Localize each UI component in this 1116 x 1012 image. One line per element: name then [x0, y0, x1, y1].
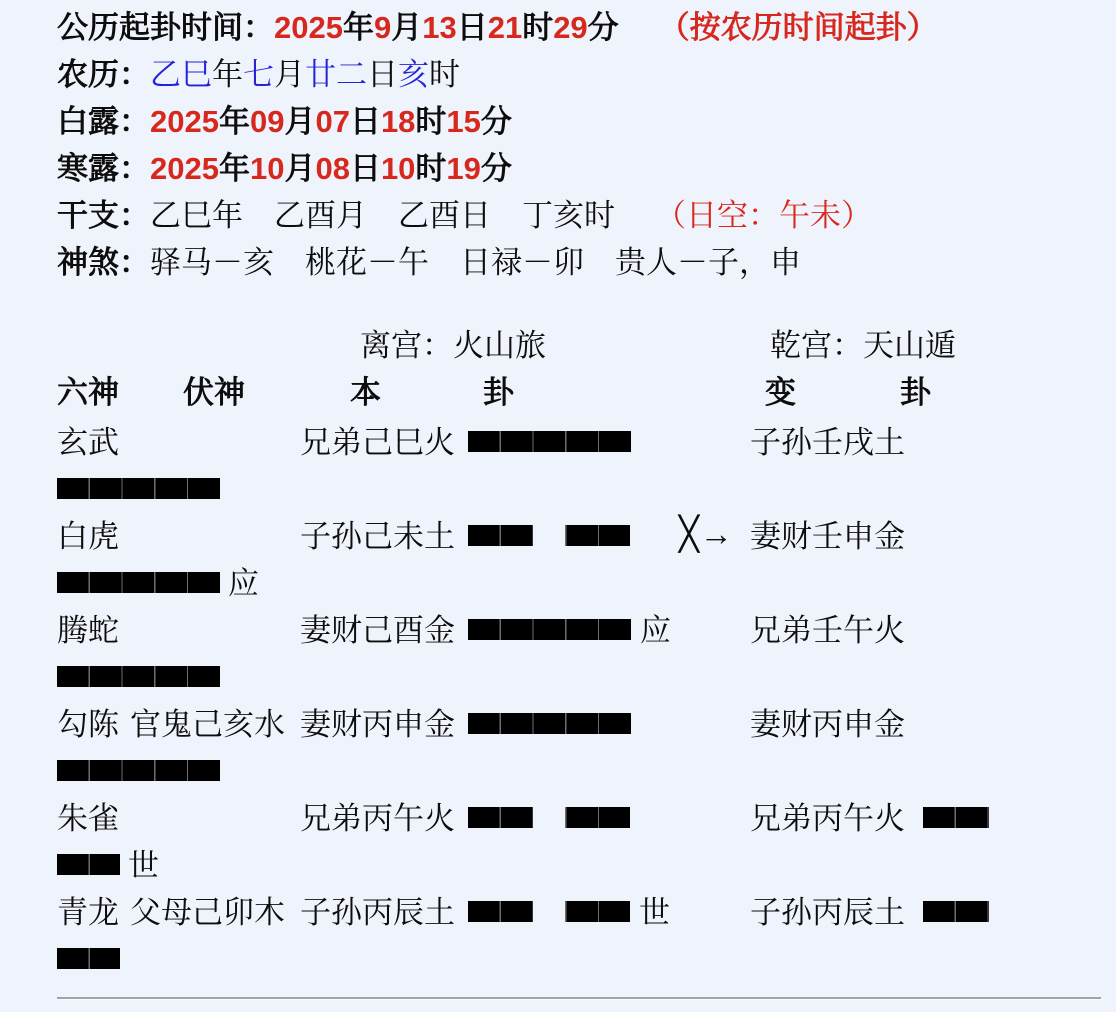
liushen-cell: 白虎 [57, 511, 130, 556]
header-ben: 本 [350, 369, 381, 416]
hex-row: 白虎子孙己未土╳→妻财壬申金 [57, 510, 1101, 557]
solar-day: 13 [422, 10, 456, 45]
palace-ben-title: 离宫：火山旅 [360, 322, 546, 369]
lunar-basis-note: （按农历时间起卦） [659, 10, 938, 45]
ben-shi-ying-mark: 应 [640, 605, 671, 650]
ben-name: 子孙己未土 [300, 511, 468, 556]
liushen-cell: 青龙 [57, 887, 130, 932]
ben-line-symbol [468, 713, 631, 734]
fushen-cell: 父母己卯木 [130, 887, 300, 932]
ben-line-symbol [468, 901, 630, 922]
palace-bian-title: 乾宫：天山遁 [770, 322, 956, 369]
bian-shi-ying-mark: 世 [128, 840, 159, 885]
ben-name: 妻财己酉金 [300, 605, 468, 650]
lunar-line: 农历：乙巳年七月廿二日亥时 [57, 51, 1101, 98]
hanlu-label: 寒露： [57, 151, 150, 186]
lunar-day: 廿二 [305, 57, 367, 92]
bailu-label: 白露： [57, 104, 150, 139]
solar-year: 2025 [274, 10, 343, 45]
hex-row: 腾蛇妻财己酉金应兄弟壬午火 [57, 604, 1101, 651]
hex-column-headers: 六神 伏神 本 卦 变 卦 [57, 369, 1101, 416]
bian-name: 妻财壬申金 [750, 511, 923, 556]
shensha-guiren: 贵人－子，申 [615, 245, 801, 280]
header-ben-gua: 卦 [483, 369, 514, 416]
hex-row-wrap: 世 [57, 839, 1101, 886]
ganzhi-day: 乙酉日 [398, 198, 491, 233]
ben-line-symbol [468, 431, 631, 452]
hex-row: 勾陈官鬼己亥水妻财丙申金妻财丙申金 [57, 698, 1101, 745]
rikong-note: （日空：午未） [655, 198, 872, 233]
ben-name: 妻财丙申金 [300, 699, 468, 744]
bailu-line: 白露：2025年09月07日18时15分 [57, 98, 1101, 145]
bian-name: 子孙丙辰土 [750, 887, 923, 932]
ben-line-symbol [468, 807, 630, 828]
bian-line-symbol [57, 572, 220, 593]
bian-name: 兄弟丙午火 [750, 793, 923, 838]
bian-line-symbol [57, 478, 220, 499]
hex-row-wrap [57, 745, 1101, 792]
casting-report: 公历起卦时间：2025年9月13日21时29分（按农历时间起卦） 农历：乙巳年七… [57, 0, 1101, 1000]
ganzhi-month: 乙酉月 [274, 198, 367, 233]
solar-time-line: 公历起卦时间：2025年9月13日21时29分（按农历时间起卦） [57, 4, 1101, 51]
hanlu-line: 寒露：2025年10月08日10时19分 [57, 145, 1101, 192]
solar-time-label: 公历起卦时间： [57, 10, 274, 45]
hexagram-section: 离宫：火山旅 乾宫：天山遁 六神 伏神 本 卦 变 卦 玄武兄弟己巳火子孙壬戌土… [57, 322, 1101, 1000]
hex-row: 朱雀兄弟丙午火兄弟丙午火 [57, 792, 1101, 839]
ganzhi-label: 干支： [57, 198, 150, 233]
palace-header-row: 离宫：火山旅 乾宫：天山遁 [57, 322, 1101, 369]
shensha-yima: 驿马－亥 [150, 245, 274, 280]
bian-line-half-symbol [923, 901, 989, 922]
bian-name: 兄弟壬午火 [750, 605, 923, 650]
ben-line-symbol [468, 525, 630, 546]
liushen-cell: 朱雀 [57, 793, 130, 838]
liushen-cell: 勾陈 [57, 699, 130, 744]
ben-name: 兄弟己巳火 [300, 417, 468, 462]
ganzhi-year: 乙巳年 [150, 198, 243, 233]
bian-line-symbol [57, 666, 220, 687]
bian-shi-ying-mark: 应 [228, 558, 259, 603]
ganzhi-line: 干支：乙巳年乙酉月乙酉日丁亥时（日空：午未） [57, 192, 1101, 239]
bian-name: 子孙壬戌土 [750, 417, 923, 462]
fushen-cell: 官鬼己亥水 [130, 699, 300, 744]
header-fushen: 伏神 [183, 369, 245, 416]
ben-name: 兄弟丙午火 [300, 793, 468, 838]
shensha-rilu: 日禄－卯 [460, 245, 584, 280]
ben-line-symbol [468, 619, 631, 640]
bian-line-symbol [57, 854, 120, 875]
liushen-cell: 玄武 [57, 417, 130, 462]
liushen-cell: 腾蛇 [57, 605, 130, 650]
hex-row: 玄武兄弟己巳火子孙壬戌土 [57, 416, 1101, 463]
solar-month: 9 [374, 10, 391, 45]
hex-row-wrap [57, 463, 1101, 510]
lunar-hour: 亥 [398, 57, 429, 92]
shensha-line: 神煞：驿马－亥桃花－午日禄－卯贵人－子，申 [57, 239, 1101, 286]
bian-line-symbol [57, 760, 220, 781]
ganzhi-hour: 丁亥时 [522, 198, 615, 233]
solar-hour: 21 [488, 10, 522, 45]
lunar-label: 农历： [57, 57, 150, 92]
lunar-year: 乙巳 [150, 57, 212, 92]
hex-row-wrap [57, 651, 1101, 698]
moving-line-indicator: ╳→ [679, 514, 750, 553]
hex-row-wrap: 应 [57, 557, 1101, 604]
shensha-label: 神煞： [57, 245, 150, 280]
lunar-month: 七 [243, 57, 274, 92]
page-root: { "colors": { "background": "#eff3fb", "… [0, 0, 1116, 1012]
bian-line-half-symbol [923, 807, 989, 828]
bian-name: 妻财丙申金 [750, 699, 923, 744]
bian-line-symbol [57, 948, 120, 969]
bottom-divider [57, 997, 1101, 1000]
shensha-taohua: 桃花－午 [305, 245, 429, 280]
hex-row: 青龙父母己卯木子孙丙辰土世子孙丙辰土 [57, 886, 1101, 933]
ben-shi-ying-mark: 世 [639, 887, 670, 932]
header-bian: 变 [765, 369, 796, 416]
header-liushen: 六神 [57, 369, 119, 416]
header-bian-gua: 卦 [900, 369, 931, 416]
solar-minute: 29 [553, 10, 587, 45]
ben-name: 子孙丙辰土 [300, 887, 468, 932]
hex-row-wrap [57, 933, 1101, 980]
